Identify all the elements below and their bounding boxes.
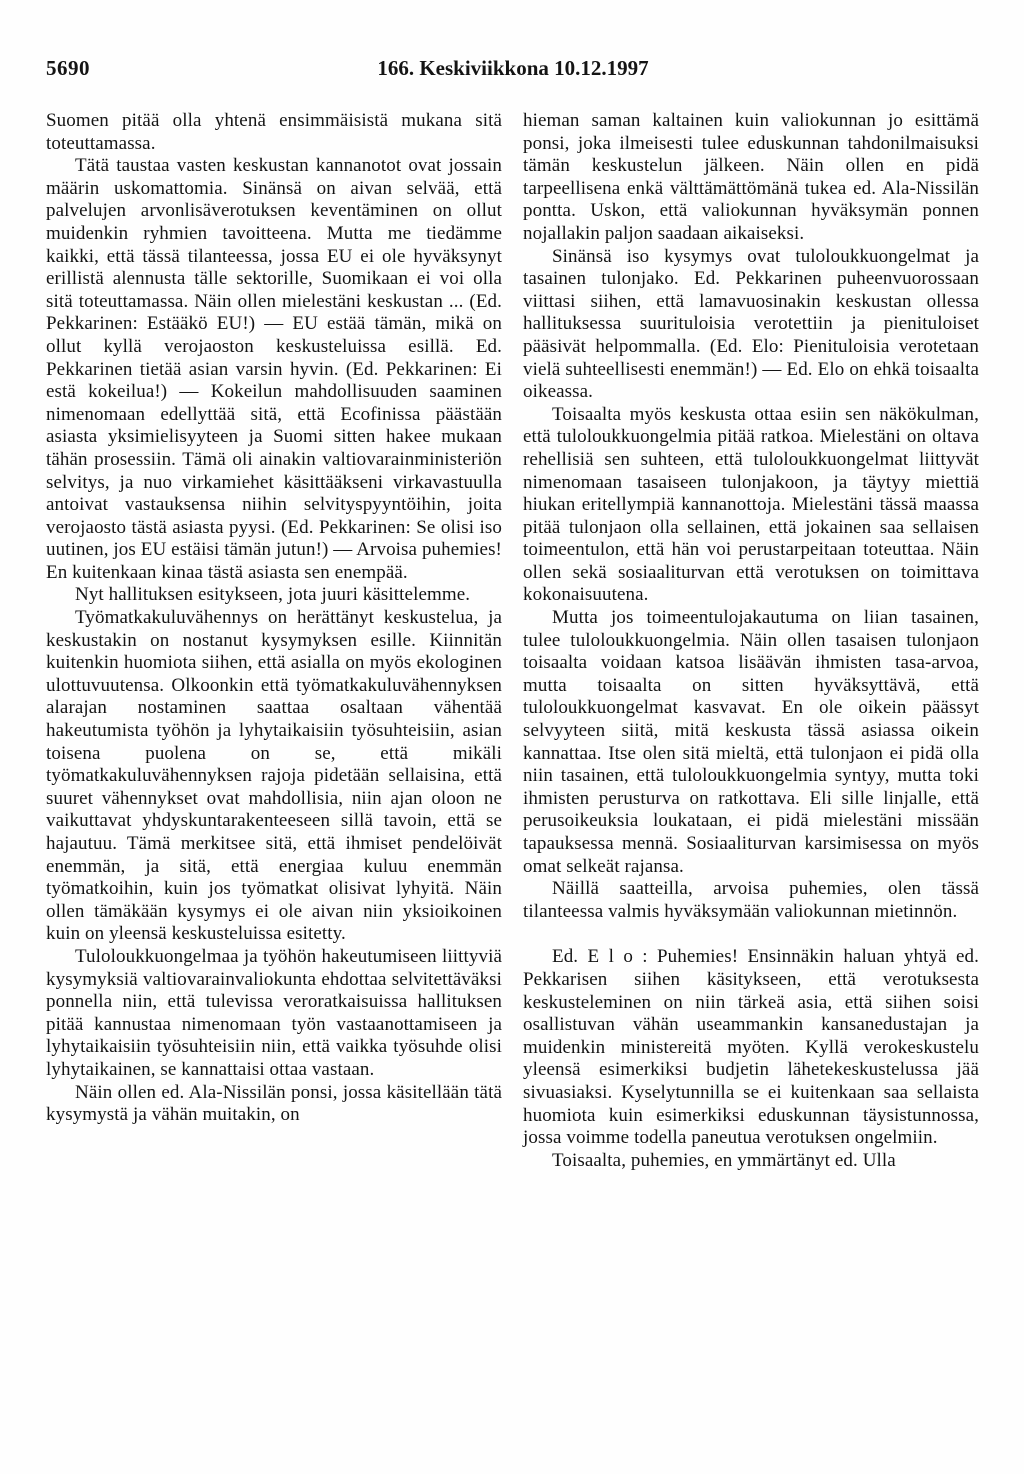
paragraph: Työmatkakuluvähennys on herättänyt kesku…	[46, 607, 502, 946]
paragraph: Näin ollen ed. Ala-Nissilän ponsi, jossa…	[46, 1082, 502, 1127]
paragraph: Tätä taustaa vasten keskustan kannanotot…	[46, 155, 502, 584]
paragraph: Nyt hallituksen esitykseen, jota juuri k…	[46, 584, 502, 607]
left-column: Suomen pitää olla yhtenä ensimmäisistä m…	[46, 110, 502, 1172]
paragraph: Sinänsä iso kysymys ovat tuloloukkuongel…	[523, 246, 979, 404]
right-column: hieman saman kaltainen kuin valiokunnan …	[523, 110, 979, 1172]
session-header: 166. Keskiviikkona 10.12.1997	[46, 56, 980, 81]
paragraph: hieman saman kaltainen kuin valiokunnan …	[523, 110, 979, 246]
paragraph: Toisaalta myös keskusta ottaa esiin sen …	[523, 404, 979, 607]
paragraph: Toisaalta, puhemies, en ymmärtänyt ed. U…	[523, 1150, 979, 1173]
paragraph: Tuloloukkuongelmaa ja työhön hakeutumise…	[46, 946, 502, 1082]
paragraph: Ed. E l o : Puhemies! Ensinnäkin haluan …	[523, 946, 979, 1149]
paragraph: Näillä saatteilla, arvoisa puhemies, ole…	[523, 878, 979, 923]
paragraph: Suomen pitää olla yhtenä ensimmäisistä m…	[46, 110, 502, 155]
document-page: 5690 166. Keskiviikkona 10.12.1997 Suome…	[0, 0, 1024, 1474]
paragraph: Mutta jos toimeentulojakautuma on liian …	[523, 607, 979, 878]
text-columns: Suomen pitää olla yhtenä ensimmäisistä m…	[46, 110, 980, 1172]
page-header: 5690 166. Keskiviikkona 10.12.1997	[46, 56, 980, 82]
